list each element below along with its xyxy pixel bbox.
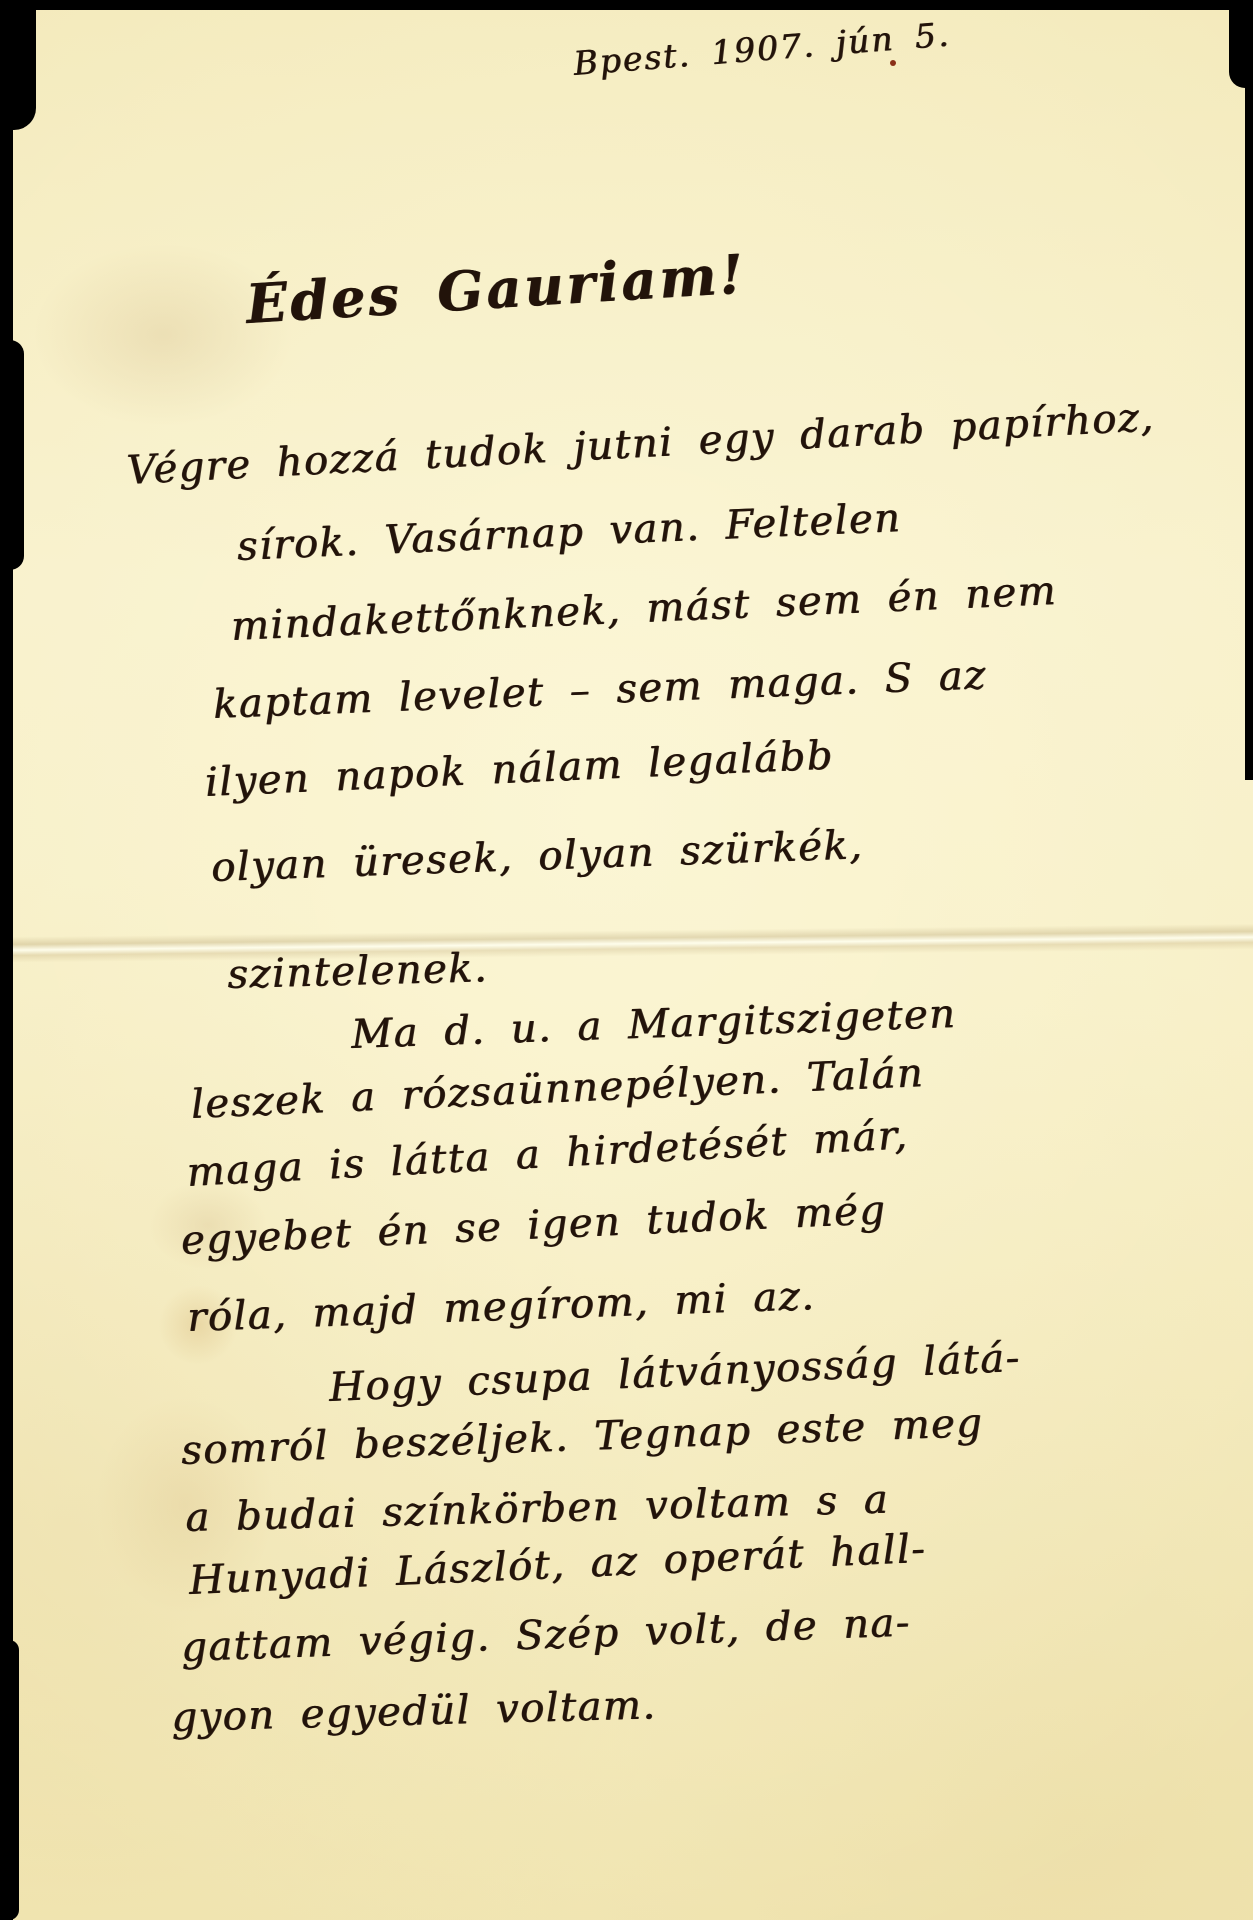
scan-edge-right [1245,0,1253,780]
scan-edge-left-bump2 [0,1640,19,1920]
scan-corner-top-left [0,0,36,130]
handwriting-line: szintelenek. [227,945,489,998]
scan-edge-left-bump1 [0,340,24,570]
letter-scan: Bpest. 1907. jún 5. Édes Gauriam! Végre … [0,0,1253,1920]
scan-corner-top-right [1229,0,1253,88]
scan-edge-left [0,0,13,1920]
scan-edge-top [0,0,1253,10]
ink-speck [890,60,896,66]
